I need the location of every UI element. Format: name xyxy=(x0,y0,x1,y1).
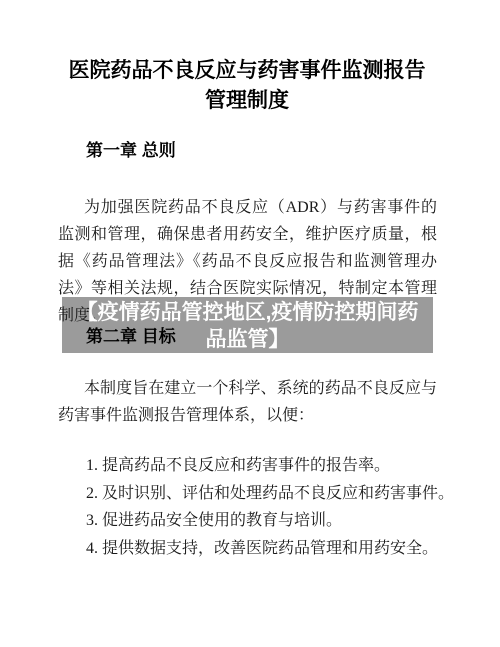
goal-item-4: 4. 提供数据支持，改善医院药品管理和用药安全。 xyxy=(86,535,437,563)
chapter-1-heading: 第一章 总则 xyxy=(86,141,176,161)
goal-list: 1. 提高药品不良反应和药害事件的报告率。 2. 及时识别、评估和处理药品不良反… xyxy=(86,452,437,562)
goal-item-3: 3. 促进药品安全使用的教育与培训。 xyxy=(86,507,437,535)
document-title: 医院药品不良反应与药害事件监测报告管理制度 xyxy=(64,56,430,116)
goal-item-1: 1. 提高药品不良反应和药害事件的报告率。 xyxy=(86,452,437,480)
goal-item-2: 2. 及时识别、评估和处理药品不良反应和药害事件。 xyxy=(86,480,437,508)
paragraph-goals-intro: 本制度旨在建立一个科学、系统的药品不良反应与药害事件监测报告管理体系，以便： xyxy=(58,375,437,429)
watermark-text: 【疫情药品管控地区,疫情防控期间药品监管】 xyxy=(62,299,433,353)
document-page: 医院药品不良反应与药害事件监测报告管理制度 第一章 总则 为加强医院药品不良反应… xyxy=(0,0,500,647)
